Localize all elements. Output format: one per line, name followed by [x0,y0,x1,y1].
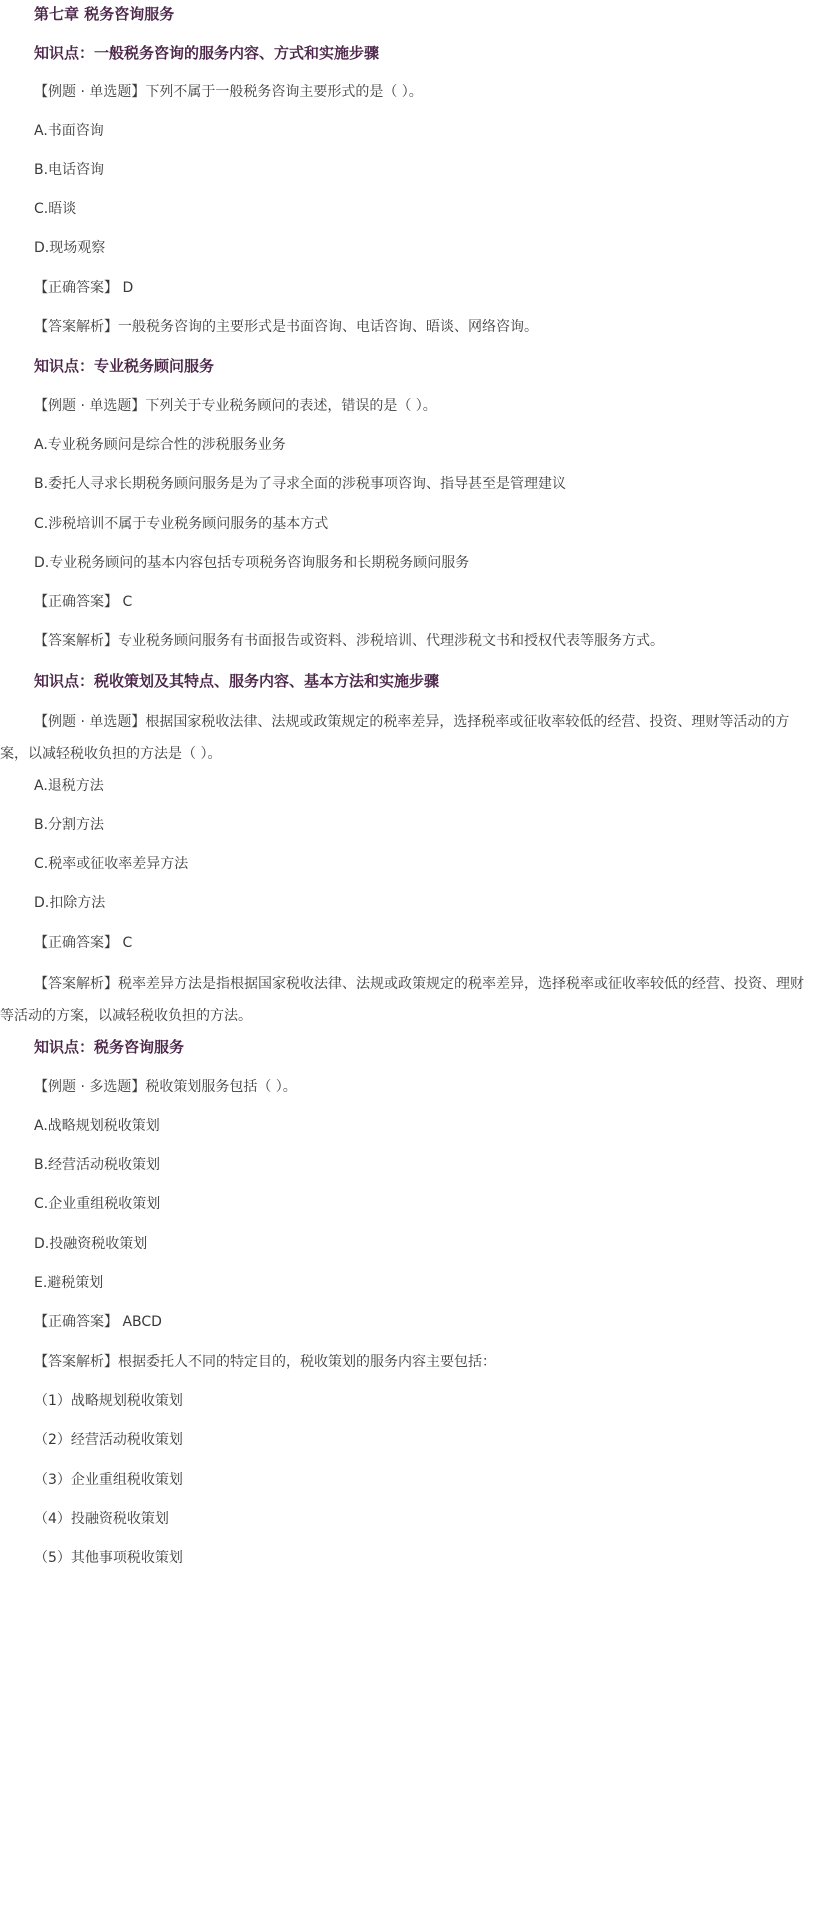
option-b: B.委托人寻求长期税务顾问服务是为了寻求全面的涉税事项咨询、指导甚至是管理建议 [34,474,566,494]
option-a: A.战略规划税收策划 [34,1116,160,1136]
knowledge-point-heading: 知识点：税务咨询服务 [34,1037,184,1057]
question-text: 【例题 · 单选题】根据国家税收法律、法规或政策规定的税率差异，选择税率或征收率… [0,706,810,770]
analysis-item: （5）其他事项税收策划 [34,1548,183,1568]
answer-analysis: 【答案解析】一般税务咨询的主要形式是书面咨询、电话咨询、晤谈、网络咨询。 [34,317,538,337]
option-d: D.现场观察 [34,238,105,258]
option-a: A.退税方法 [34,776,104,796]
analysis-item: （3）企业重组税收策划 [34,1470,183,1490]
option-c: C.企业重组税收策划 [34,1194,160,1214]
analysis-item: （2）经营活动税收策划 [34,1430,183,1450]
knowledge-point-heading: 知识点：税收策划及其特点、服务内容、基本方法和实施步骤 [34,671,439,691]
option-c: C.涉税培训不属于专业税务顾问服务的基本方式 [34,514,328,534]
chapter-title: 第七章 税务咨询服务 [34,4,174,24]
knowledge-point-heading: 知识点：专业税务顾问服务 [34,356,214,376]
answer-analysis: 【答案解析】根据委托人不同的特定目的，税收策划的服务内容主要包括： [34,1352,496,1372]
option-e: E.避税策划 [34,1273,103,1293]
answer-analysis: 【答案解析】税率差异方法是指根据国家税收法律、法规或政策规定的税率差异，选择税率… [0,968,810,1032]
option-d: D.扣除方法 [34,893,105,913]
option-d: D.专业税务顾问的基本内容包括专项税务咨询服务和长期税务顾问服务 [34,553,469,573]
option-b: B.电话咨询 [34,160,104,180]
option-a: A.书面咨询 [34,121,104,141]
correct-answer: 【正确答案】 D [34,278,133,298]
question-text: 【例题 · 单选题】下列关于专业税务顾问的表述，错误的是（ ）。 [34,396,437,416]
option-a: A.专业税务顾问是综合性的涉税服务业务 [34,435,286,455]
option-b: B.分割方法 [34,815,104,835]
knowledge-point-heading: 知识点：一般税务咨询的服务内容、方式和实施步骤 [34,43,379,63]
question-text: 【例题 · 多选题】税收策划服务包括（ ）。 [34,1077,297,1097]
option-b: B.经营活动税收策划 [34,1155,160,1175]
answer-analysis: 【答案解析】专业税务顾问服务有书面报告或资料、涉税培训、代理涉税文书和授权代表等… [34,631,664,651]
option-c: C.晤谈 [34,199,76,219]
question-text: 【例题 · 单选题】下列不属于一般税务咨询主要形式的是（ ）。 [34,82,423,102]
correct-answer: 【正确答案】 C [34,592,132,612]
option-c: C.税率或征收率差异方法 [34,854,188,874]
analysis-item: （4）投融资税收策划 [34,1509,169,1529]
correct-answer: 【正确答案】 C [34,933,132,953]
analysis-item: （1）战略规划税收策划 [34,1391,183,1411]
correct-answer: 【正确答案】 ABCD [34,1312,162,1332]
option-d: D.投融资税收策划 [34,1234,147,1254]
